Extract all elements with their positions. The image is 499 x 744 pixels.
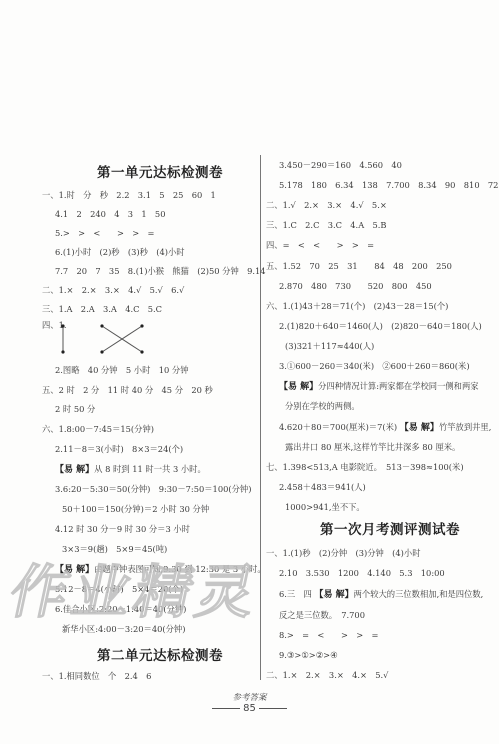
answer-line: 3×3＝9(趟) 5×9＝45(吨) bbox=[62, 543, 167, 555]
answer-line: 六、1.8:00－7:45＝15(分钟) bbox=[42, 423, 154, 435]
answer-line: 3.6:20－5:30＝50(分钟) 9:30－7:50＝100(分钟) bbox=[55, 483, 251, 495]
answer-line: 新华小区:4:00－3:20＝40(分钟) bbox=[62, 623, 185, 635]
answer-line: 一、1.(1)秒 (2)分钟 (3)分钟 (4)小时 bbox=[266, 547, 421, 559]
hint-text: 竹竿放到井里, bbox=[439, 422, 491, 432]
answer-line: 1000>941,坐不下。 bbox=[285, 501, 365, 513]
section-title-unit2: 第二单元达标检测卷 bbox=[60, 645, 260, 667]
answer-line: 5.12－8＝4(小时) 5×4＝20(个) bbox=[55, 583, 183, 595]
answer-line: 五、1.52 70 25 31 84 48 200 250 bbox=[266, 260, 452, 272]
answer-line: 2.(1)820＋640＝1460(人) (2)820－640＝180(人) bbox=[279, 320, 482, 332]
hint-line: 【易 解】从 8 时到 11 时一共 3 小时。 bbox=[55, 463, 206, 476]
footer-rule-left bbox=[212, 708, 240, 709]
hint-text: 由题中钟表图可知,9:30 到 12:30 是 3 小时。 bbox=[94, 564, 266, 574]
answer-line: 二、1.× 2.× 3.× 4.× 5.√ bbox=[266, 669, 388, 681]
answer-line: 9.③>①>②>④ bbox=[279, 649, 338, 661]
answer-line: 2.458＋483＝941(人) bbox=[279, 481, 366, 493]
answer-line: 6.佳合小区:2:20－1:40＝40(分钟) bbox=[55, 603, 186, 615]
answer-line: 分别在学校的两侧。 bbox=[285, 400, 360, 412]
page-number: 85 bbox=[0, 703, 499, 714]
hint-line: 【易 解】由题中钟表图可知,9:30 到 12:30 是 3 小时。 bbox=[55, 563, 266, 576]
hint-text: 两个较大的三位数相加,和是四位数, bbox=[354, 589, 484, 599]
hint-label: 【易 解】 bbox=[279, 382, 318, 392]
footer-label: 参考答案 bbox=[0, 691, 499, 703]
answer-key-page: 第一单元达标检测卷 一、1.时 分 秒 2.2 3.1 5 25 60 1 4.… bbox=[0, 0, 499, 744]
answer-line: 2.图略 40 分钟 5 小时 10 分钟 bbox=[55, 364, 189, 376]
hint-label: 【易 解】 bbox=[314, 590, 353, 600]
answer-line: 三、1.A 2.A 3.A 4.C 5.C bbox=[42, 303, 162, 315]
answer-line: 3.①600－260＝340(米) ②600＋260＝860(米) bbox=[279, 360, 470, 372]
answer-line: 8.> = < > > = bbox=[279, 629, 378, 641]
section-title-monthly-test: 第一次月考测评测试卷 bbox=[290, 519, 490, 541]
hint-text: 从 8 时到 11 时一共 3 小时。 bbox=[94, 464, 206, 474]
answer-line: 4.1 2 240 4 3 1 50 bbox=[55, 208, 166, 220]
answer-line: 5.> > < > > = bbox=[55, 227, 154, 239]
answer-line: 二、1.× 2.× 3.× 4.√ 5.√ 6.√ bbox=[42, 284, 184, 296]
answer-line: 3.450－290＝160 4.560 40 bbox=[279, 159, 402, 171]
hint-label: 【易 解】 bbox=[400, 423, 439, 433]
answer-line: 4.12 时 30 分－9 时 30 分＝3 小时 bbox=[55, 523, 190, 535]
hint-line: 【易 解】分四种情况计算:两家都在学校同一侧和两家 bbox=[279, 380, 479, 393]
answer-line: 5.178 180 6.34 138 7.700 8.34 90 810 720 bbox=[279, 179, 499, 191]
footer-rule-right bbox=[259, 708, 287, 709]
hint-text: 分四种情况计算:两家都在学校同一侧和两家 bbox=[318, 381, 478, 391]
answer-line: 六、1.(1)43＋28＝71(个) (2)43－28＝15(个) bbox=[266, 300, 448, 312]
answer-line: 2.10 3.530 1200 4.140 5.3 10:00 bbox=[279, 567, 445, 579]
hint-line: 6.三 四 【易 解】两个较大的三位数相加,和是四位数, bbox=[279, 588, 483, 601]
answer-text: 4.620＋80＝700(厘米)＝7(米) bbox=[279, 422, 397, 432]
hint-label: 【易 解】 bbox=[55, 565, 94, 575]
answer-line: 4.620＋80＝700(厘米)＝7(米) 【易 解】竹竿放到井里, bbox=[279, 421, 491, 434]
answer-line: 反之是三位数。 7.700 bbox=[279, 609, 365, 621]
section-title-unit1: 第一单元达标检测卷 bbox=[60, 162, 260, 184]
hint-label: 【易 解】 bbox=[55, 465, 94, 475]
answer-line: 露出井口 80 厘米,这样竹竿比井深多 80 厘米。 bbox=[285, 441, 460, 453]
answer-line: 五、2 时 2 分 11 时 40 分 45 分 20 秒 bbox=[42, 384, 213, 396]
answer-line: 三、1.C 2.C 3.C 4.A 5.B bbox=[266, 219, 387, 231]
answer-line: 七、1.398<513,A 电影院近。 513－398≈100(米) bbox=[266, 461, 464, 473]
answer-line: 一、1.相同数位 个 2.4 6 bbox=[42, 670, 151, 682]
answer-line: 一、1.时 分 秒 2.2 3.1 5 25 60 1 bbox=[42, 189, 216, 201]
answer-line: 7.7 20 7 35 8.(1)小猴 熊猫 (2)50 分钟 9.14 bbox=[55, 265, 266, 277]
answer-line: 二、1.√ 2.× 3.× 4.√ 5.× bbox=[266, 199, 387, 211]
answer-line: 2 时 50 分 bbox=[55, 403, 95, 415]
answer-line: 2.870 480 730 520 800 450 bbox=[279, 280, 432, 292]
answer-line: 四、= < < > > = bbox=[266, 239, 374, 251]
answer-line: 6.(1)小时 (2)秒 (3)秒 (4)小时 bbox=[55, 246, 185, 258]
answer-line: (3)321＋117≈440(人) bbox=[285, 340, 374, 352]
answer-text: 6.三 四 bbox=[279, 589, 312, 599]
answer-line: 2.11－8＝3(小时) 8×3＝24(个) bbox=[55, 443, 183, 455]
page-number-text: 85 bbox=[243, 703, 256, 714]
answer-line: 50＋100＝150(分钟)＝2 小时 30 分钟 bbox=[62, 503, 209, 515]
matching-lines-diagram bbox=[30, 315, 170, 365]
column-divider bbox=[260, 155, 261, 680]
